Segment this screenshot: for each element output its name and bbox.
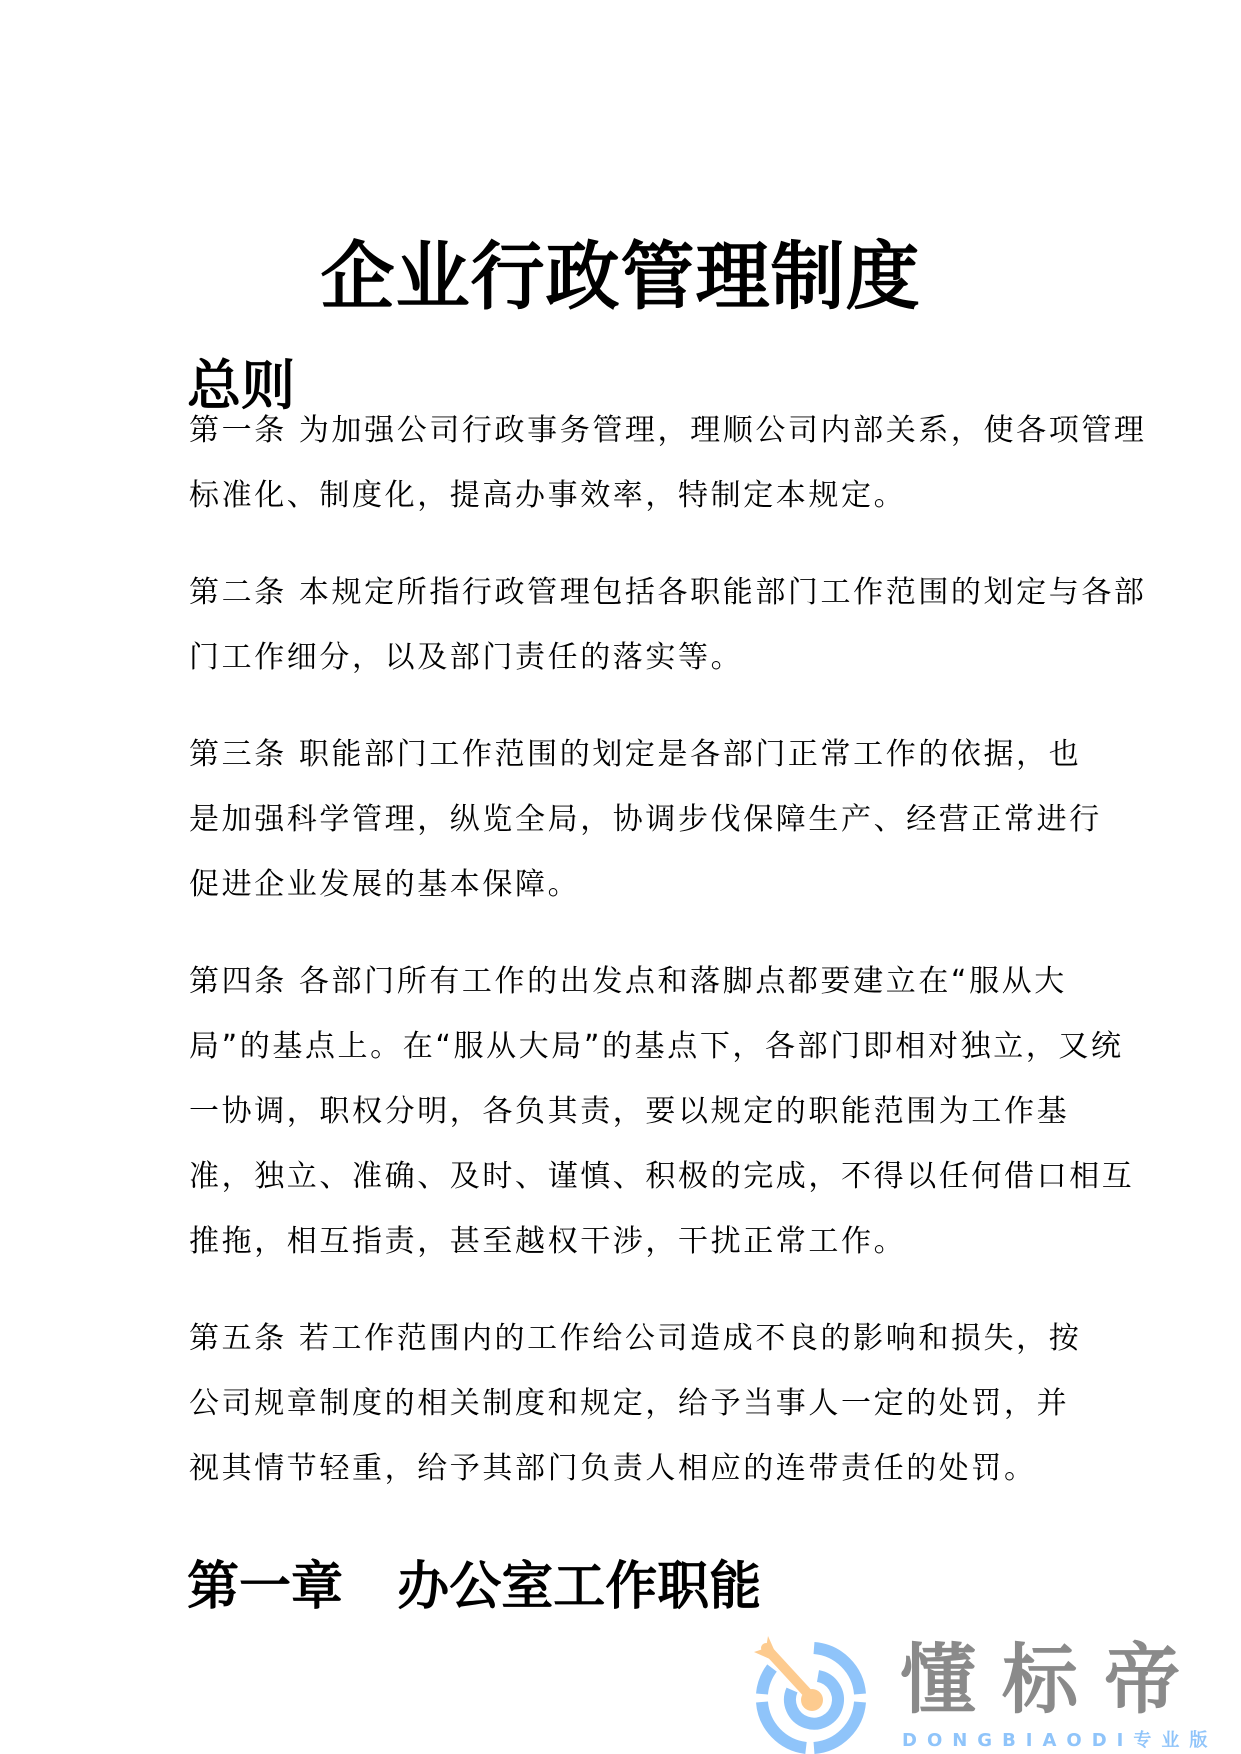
article-4-line: 准，独立、准确、及时、谨慎、积极的完成，不得以任何借口相互	[189, 1144, 1059, 1209]
article-3: 第三条 职能部门工作范围的划定是各部门正常工作的依据，也 是加强科学管理，纵览全…	[189, 722, 1059, 917]
chapter-1-heading: 第一章 办公室工作职能	[187, 1552, 761, 1622]
article-5-line: 公司规章制度的相关制度和规定，给予当事人一定的处罚，并	[189, 1371, 1059, 1436]
article-4-line: 一协调，职权分明，各负其责，要以规定的职能范围为工作基	[189, 1079, 1059, 1144]
watermark-brand: 懂标帝	[900, 1638, 1206, 1722]
target-arrow-icon	[752, 1636, 872, 1754]
article-5-line: 第五条 若工作范围内的工作给公司造成不良的影响和损失，按	[189, 1306, 1059, 1371]
watermark-logo: 懂标帝 DONGBIAODI专业版	[752, 1636, 1232, 1754]
article-4-line: 推拖，相互指责，甚至越权干涉，干扰正常工作。	[189, 1209, 1059, 1274]
article-1-line: 标准化、制度化，提高办事效率，特制定本规定。	[189, 463, 1059, 528]
article-2-line: 第二条 本规定所指行政管理包括各职能部门工作范围的划定与各部	[189, 560, 1059, 625]
document-body: 第一条 为加强公司行政事务管理，理顺公司内部关系，使各项管理 标准化、制度化，提…	[189, 398, 1059, 1533]
article-2: 第二条 本规定所指行政管理包括各职能部门工作范围的划定与各部 门工作细分，以及部…	[189, 560, 1059, 690]
watermark-subtitle: DONGBIAODI专业版	[902, 1730, 1217, 1752]
article-3-line: 促进企业发展的基本保障。	[189, 852, 1059, 917]
article-1: 第一条 为加强公司行政事务管理，理顺公司内部关系，使各项管理 标准化、制度化，提…	[189, 398, 1059, 528]
article-1-line: 第一条 为加强公司行政事务管理，理顺公司内部关系，使各项管理	[189, 398, 1059, 463]
article-4-line: 第四条 各部门所有工作的出发点和落脚点都要建立在“服从大	[189, 949, 1059, 1014]
article-4-line: 局”的基点上。在“服从大局”的基点下，各部门即相对独立，又统	[189, 1014, 1059, 1079]
article-5-line: 视其情节轻重，给予其部门负责人相应的连带责任的处罚。	[189, 1436, 1059, 1501]
document-title: 企业行政管理制度	[0, 232, 1241, 322]
article-5: 第五条 若工作范围内的工作给公司造成不良的影响和损失，按 公司规章制度的相关制度…	[189, 1306, 1059, 1501]
article-3-line: 第三条 职能部门工作范围的划定是各部门正常工作的依据，也	[189, 722, 1059, 787]
article-4: 第四条 各部门所有工作的出发点和落脚点都要建立在“服从大 局”的基点上。在“服从…	[189, 949, 1059, 1274]
article-2-line: 门工作细分，以及部门责任的落实等。	[189, 625, 1059, 690]
article-3-line: 是加强科学管理，纵览全局，协调步伐保障生产、经营正常进行	[189, 787, 1059, 852]
